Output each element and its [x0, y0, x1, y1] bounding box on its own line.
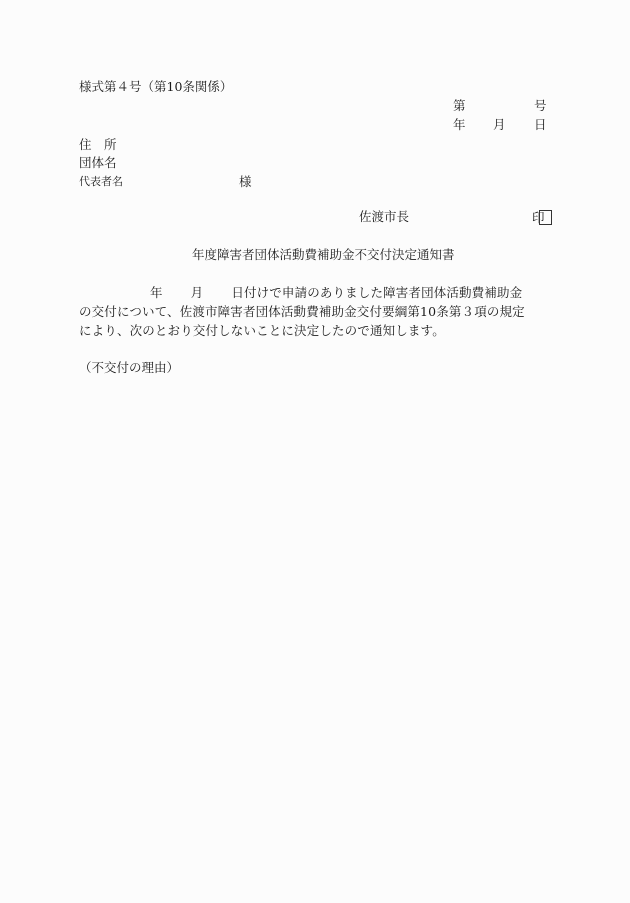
seal-box-icon	[539, 210, 552, 225]
body-line-2: の交付について、佐渡市障害者団体活動費補助金交付要綱第10条第３項の規定	[79, 306, 525, 319]
representative-label: 代表者名	[79, 176, 123, 187]
date-month-label: 月	[493, 119, 506, 132]
address-label: 住 所	[79, 139, 117, 152]
body-line-1: 年月日付けで申請のありました障害者団体活動費補助金	[79, 287, 522, 300]
reason-heading: （不交付の理由）	[79, 362, 179, 375]
honorific-sama: 様	[239, 176, 252, 189]
body-year-label: 年	[150, 285, 163, 300]
body-line-1-text: 日付けで申請のありました障害者団体活動費補助金	[231, 285, 522, 300]
form-label: 様式第４号（第10条関係）	[79, 81, 232, 94]
organization-label: 団体名	[79, 157, 117, 170]
seal-mark: 印	[532, 211, 552, 226]
ref-number-suffix: 号	[534, 100, 547, 113]
sender-title: 佐渡市長	[359, 211, 409, 224]
ref-number-prefix: 第	[453, 100, 466, 113]
document-title: 年度障害者団体活動費補助金不交付決定通知書	[192, 249, 455, 262]
body-month-label: 月	[191, 285, 204, 300]
date-year-label: 年	[453, 119, 466, 132]
body-line-3: により、次のとおり交付しないことに決定したので通知します。	[79, 325, 445, 338]
date-day-label: 日	[534, 119, 547, 132]
